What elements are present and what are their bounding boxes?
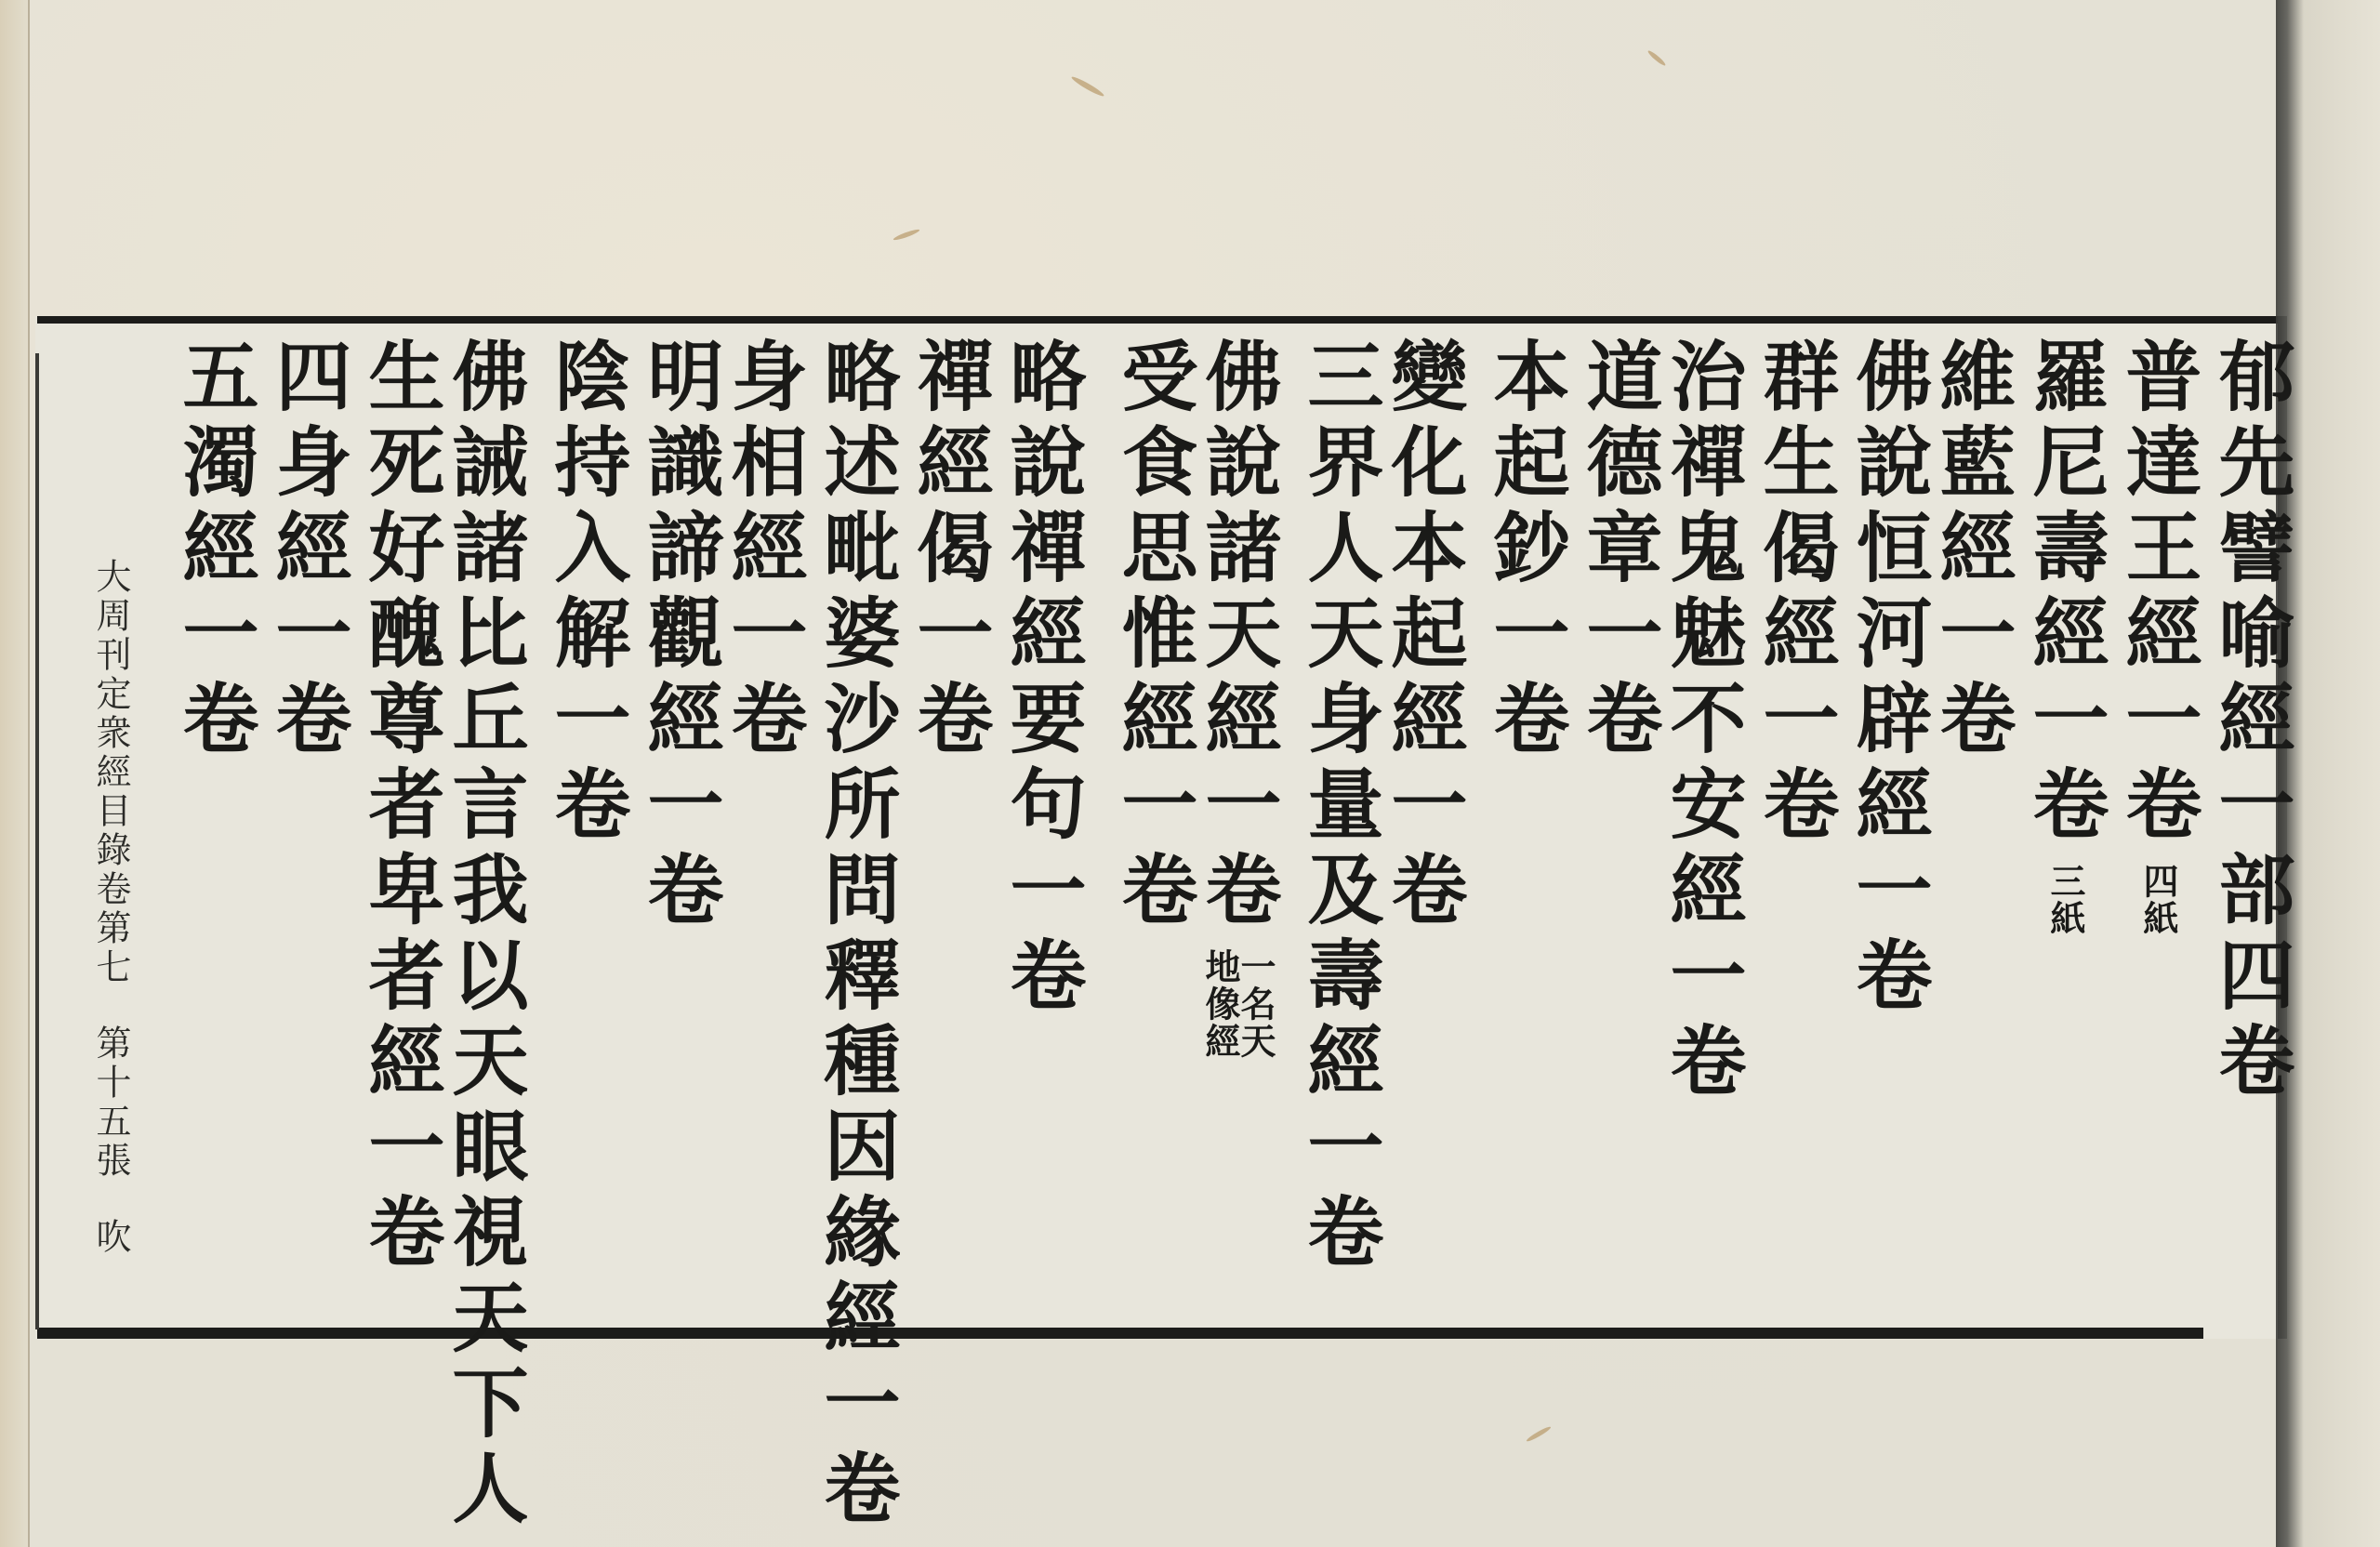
left-border-rule (35, 353, 39, 1329)
catalog-entry: 佛說諸天經一卷一名天地像經 (1199, 337, 1276, 1060)
entry-note: 四紙 (2140, 863, 2175, 937)
entry-title: 陰持入解一卷 (542, 337, 631, 850)
catalog-entry: 普達王經一卷四紙 (2120, 337, 2196, 937)
entry-title: 維藍經一卷 (1927, 337, 2016, 764)
entry-title: 佛說諸天經一卷 (1193, 337, 1282, 935)
catalog-entry: 治禪鬼魅不安經一卷 (1664, 337, 1740, 1106)
margin-mark: 吹 (90, 1218, 131, 1257)
catalog-entry: 四身經一卷 (270, 337, 346, 764)
entry-title: 道德章一卷 (1574, 337, 1663, 764)
entry-title: 三界人天身量及壽經一卷 (1295, 337, 1384, 1277)
catalog-entry: 身相經一卷 (725, 337, 801, 764)
entry-title: 明識諦觀經一卷 (635, 337, 724, 935)
entry-title: 生死好醜尊者卑者經一卷 (356, 337, 445, 1277)
entry-note: 三紙 (2047, 863, 2082, 937)
entry-title: 本起鈔一卷 (1481, 337, 1570, 764)
catalog-entry: 佛說恒河辟經一卷 (1850, 337, 1926, 1021)
entry-title: 略述毗婆沙所問釋種因緣經一卷 (812, 337, 901, 1534)
entry-title: 變化本起經一卷 (1379, 337, 1468, 935)
entry-title: 羅尼壽經一卷 (2020, 337, 2109, 850)
catalog-entry: 維藍經一卷 (1934, 337, 2010, 764)
catalog-entry: 變化本起經一卷 (1385, 337, 1461, 935)
catalog-entry: 本起鈔一卷 (1487, 337, 1564, 764)
catalog-entry: 生死好醜尊者卑者經一卷 (363, 337, 439, 1277)
top-border-rule (37, 316, 2278, 324)
catalog-entry: 道德章一卷 (1580, 337, 1657, 764)
entry-title: 五濁經一卷 (170, 337, 259, 764)
catalog-entry: 郁先譬喻經一部四卷 (2213, 337, 2289, 1106)
note-right-line: 一名天 (1237, 948, 1273, 1060)
catalog-entry: 禪經偈一卷 (911, 337, 987, 764)
catalog-entry: 略說禪經要句一卷 (1004, 337, 1080, 1021)
catalog-entry: 羅尼壽經一卷三紙 (2027, 337, 2103, 937)
paper-fiber (1070, 74, 1105, 98)
entry-title: 佛誡諸比丘言我以天眼視天下人 (440, 337, 529, 1534)
paper-fiber (1526, 1425, 1552, 1443)
catalog-entry: 略述毗婆沙所問釋種因緣經一卷 (818, 337, 894, 1534)
catalog-entry: 五濁經一卷 (177, 337, 253, 764)
entry-title: 佛說恒河辟經一卷 (1844, 337, 1933, 1021)
entry-title: 郁先譬喻經一部四卷 (2206, 337, 2295, 1106)
margin-page-number: 第十五張 (90, 1025, 131, 1181)
entry-title: 群生偈經一卷 (1751, 337, 1840, 850)
paper-fiber (1646, 49, 1667, 67)
entry-title: 普達王經一卷 (2113, 337, 2202, 850)
catalog-entry: 明識諦觀經一卷 (641, 337, 718, 935)
catalog-entry: 佛誡諸比丘言我以天眼視天下人 (446, 337, 522, 1534)
entry-title: 四身經一卷 (263, 337, 352, 764)
catalog-entry: 三界人天身量及壽經一卷 (1302, 337, 1378, 1277)
bottom-border-rule (37, 1328, 2203, 1339)
entry-title: 治禪鬼魅不安經一卷 (1658, 337, 1747, 1106)
margin-book-title: 大周刊定衆經目錄卷第七 (90, 558, 131, 987)
margin-title: 大周刊定衆經目錄卷第七第十五張吹 (86, 558, 137, 1257)
catalog-entry: 陰持入解一卷 (549, 337, 625, 850)
entry-title: 身相經一卷 (719, 337, 808, 764)
note-left-line: 地像經 (1202, 948, 1237, 1060)
entry-note-two-line: 一名天地像經 (1202, 948, 1273, 1060)
catalog-entry: 受食思惟經一卷 (1116, 337, 1192, 935)
catalog-entry: 群生偈經一卷 (1757, 337, 1833, 850)
entry-title: 禪經偈一卷 (905, 337, 994, 764)
binding-gutter (0, 0, 30, 1547)
entry-title: 受食思惟經一卷 (1109, 337, 1198, 935)
paper-fiber (892, 228, 920, 242)
scanned-page: 郁先譬喻經一部四卷 普達王經一卷四紙 羅尼壽經一卷三紙 維藍經一卷 佛說恒河辟經… (0, 0, 2380, 1547)
entry-title: 略說禪經要句一卷 (998, 337, 1087, 1021)
